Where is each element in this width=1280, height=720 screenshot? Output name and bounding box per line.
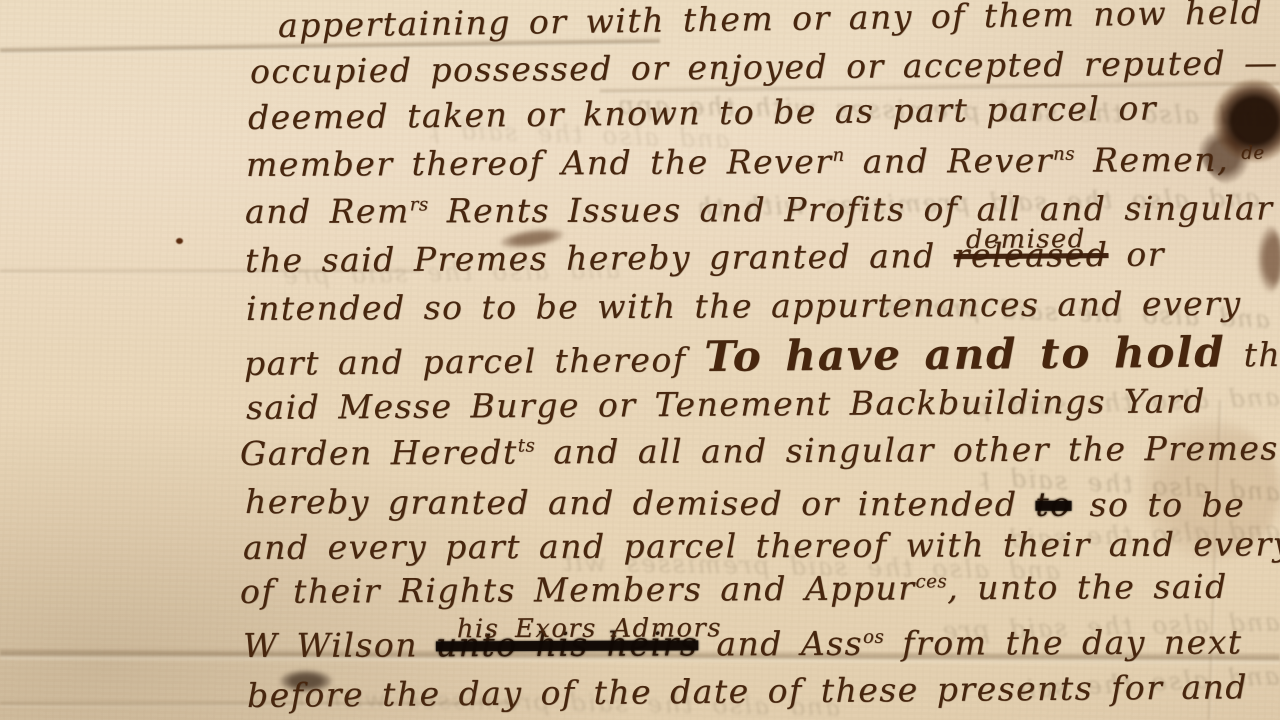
manuscript-page: and also the said premisses with the app… xyxy=(0,0,1280,720)
manuscript-line-5: and Remrs Rents Issues and Profits of al… xyxy=(245,188,1274,231)
manuscript-line-11: hereby granted and demised or intended t… xyxy=(245,482,1245,524)
manuscript-line-4: member thereof And the Revern and Revern… xyxy=(246,140,1265,184)
manuscript-text: — xyxy=(1226,43,1279,82)
manuscript-text: or xyxy=(1108,235,1165,274)
manuscript-line-12: and every part and parcel thereof with t… xyxy=(243,524,1280,567)
manuscript-text: said Messe Burge or Tenement Backbuildin… xyxy=(246,381,1206,427)
manuscript-text: To have and to hold xyxy=(704,327,1226,381)
manuscript-line-7: intended so to be with the appurtenances… xyxy=(246,284,1242,328)
manuscript-text: W Wilson xyxy=(243,625,436,665)
struck-text: to xyxy=(1035,485,1071,524)
manuscript-text: os xyxy=(863,627,884,648)
manuscript-line-10: Garden Heredtts and all and singular oth… xyxy=(240,429,1279,473)
interlined-insertion: his Exors Admors xyxy=(457,613,722,644)
manuscript-text: the said Premes hereby granted and xyxy=(245,236,954,280)
manuscript-text: intended so to be with the appurtenances… xyxy=(246,284,1242,328)
manuscript-text: n xyxy=(832,145,844,166)
manuscript-text: and Rever xyxy=(845,141,1054,181)
ink-dot xyxy=(176,238,183,244)
manuscript-text: and every part and parcel thereof with t… xyxy=(243,524,1280,567)
manuscript-text: appertaining or with them or any of them… xyxy=(278,0,1280,45)
manuscript-text: and Ass xyxy=(698,624,863,664)
manuscript-line-15: before the day of the date of these pres… xyxy=(247,667,1248,715)
manuscript-line-9: said Messe Burge or Tenement Backbuildin… xyxy=(246,381,1206,427)
manuscript-text: deemed taken or known to be as part parc… xyxy=(248,88,1157,137)
manuscript-text: occupied possessed or enjoyed or accepte… xyxy=(250,43,1226,91)
manuscript-text: part and parcel thereof xyxy=(244,340,705,383)
manuscript-text: and Rem xyxy=(245,191,410,231)
manuscript-text: Remen, xyxy=(1075,140,1229,180)
manuscript-text: ts xyxy=(518,435,536,456)
manuscript-text: de xyxy=(1229,143,1265,164)
manuscript-text: , unto the said xyxy=(947,567,1228,607)
manuscript-text: and all and singular other the Premes xyxy=(535,429,1279,472)
manuscript-text: Garden Heredt xyxy=(240,433,518,473)
manuscript-text: Rents Issues and Profits of all and sing… xyxy=(429,188,1274,230)
manuscript-text: rs xyxy=(410,194,429,215)
manuscript-line-3: deemed taken or known to be as part parc… xyxy=(248,88,1157,137)
manuscript-line-6: the said Premes hereby granted and demis… xyxy=(245,235,1165,280)
manuscript-text: before the day of the date of these pres… xyxy=(247,667,1248,715)
ink-blot xyxy=(1258,226,1280,292)
manuscript-line-8: part and parcel thereof To have and to h… xyxy=(244,327,1280,385)
manuscript-text: the xyxy=(1225,335,1280,375)
manuscript-text: ces xyxy=(915,571,947,592)
manuscript-text: from the day next xyxy=(884,623,1242,663)
manuscript-line-14: W Wilson his Exors Admorsunto his heirs … xyxy=(243,623,1243,665)
manuscript-text: ns xyxy=(1053,144,1075,165)
manuscript-text: hereby granted and demised or intended xyxy=(245,482,1036,524)
manuscript-text: so to be xyxy=(1072,485,1246,525)
manuscript-text: member thereof And the Rever xyxy=(246,142,833,184)
manuscript-line-13: of their Rights Members and Appurces, un… xyxy=(240,567,1228,611)
manuscript-line-1: appertaining or with them or any of them… xyxy=(278,0,1280,45)
manuscript-line-2: occupied possessed or enjoyed or accepte… xyxy=(250,43,1279,91)
manuscript-text: of their Rights Members and Appur xyxy=(240,568,916,611)
interlined-insertion: demised xyxy=(966,224,1086,255)
